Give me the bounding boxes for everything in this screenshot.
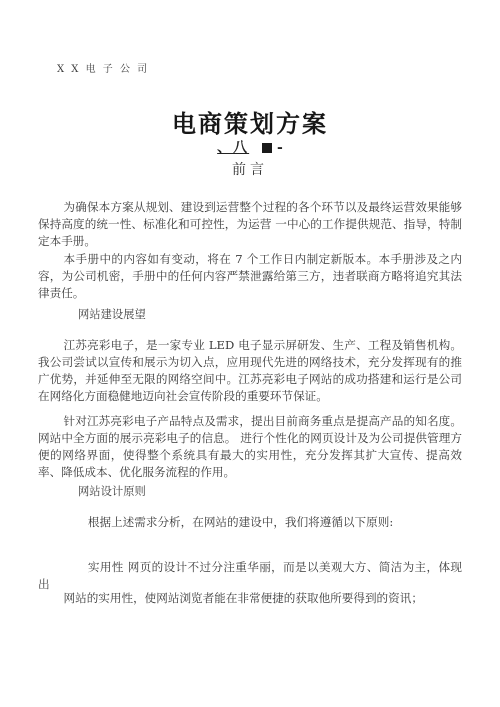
ornament-underlined-text: 、八 bbox=[217, 140, 249, 156]
paragraph-business-focus: 针对江苏亮彩电子产品特点及需求，提出目前商务重点是提高产品的知名度。网站中全方面… bbox=[38, 413, 462, 481]
black-square-icon bbox=[262, 143, 272, 153]
document-title: 电商策划方案 bbox=[0, 104, 500, 139]
document-page: X X 电 子 公 司 电商策划方案 、八 - 前言 为确保本方案从规划、建设到… bbox=[0, 0, 500, 707]
title-ornament: 、八 - bbox=[0, 140, 500, 156]
paragraph-company-intro: 江苏亮彩电子，是一家专业 LED 电子显示屏研发、生产、工程及销售机构。我公司尝… bbox=[38, 337, 462, 405]
paragraph-purpose: 为确保本方案从规划、建设到运营整个过程的各个环节以及最终运营效果能够保持高度的统… bbox=[38, 199, 462, 250]
company-header: X X 电 子 公 司 bbox=[57, 60, 149, 75]
section-heading-design-principles: 网站设计原则 bbox=[78, 483, 146, 499]
section-heading-preface: 前言 bbox=[0, 159, 500, 179]
section-heading-website-outlook: 网站建设展望 bbox=[78, 306, 146, 322]
paragraph-practicality-line1: 实用性 网页的设计不过分注重华丽，而是以美观大方、简洁为主，体现出 bbox=[38, 559, 462, 593]
paragraph-principles-intro: 根据上述需求分析，在网站的建设中，我们将遵循以下原则: bbox=[38, 514, 462, 531]
paragraph-confidentiality: 本手册中的内容如有变动，将在 7 个工作日内制定新版本。本手册涉及之内容，为公司… bbox=[38, 251, 462, 302]
paragraph-practicality-line2: 网站的实用性，使网站浏览者能在非常便捷的获取他所要得到的资讯； bbox=[38, 590, 462, 607]
ornament-dash: - bbox=[277, 140, 283, 156]
